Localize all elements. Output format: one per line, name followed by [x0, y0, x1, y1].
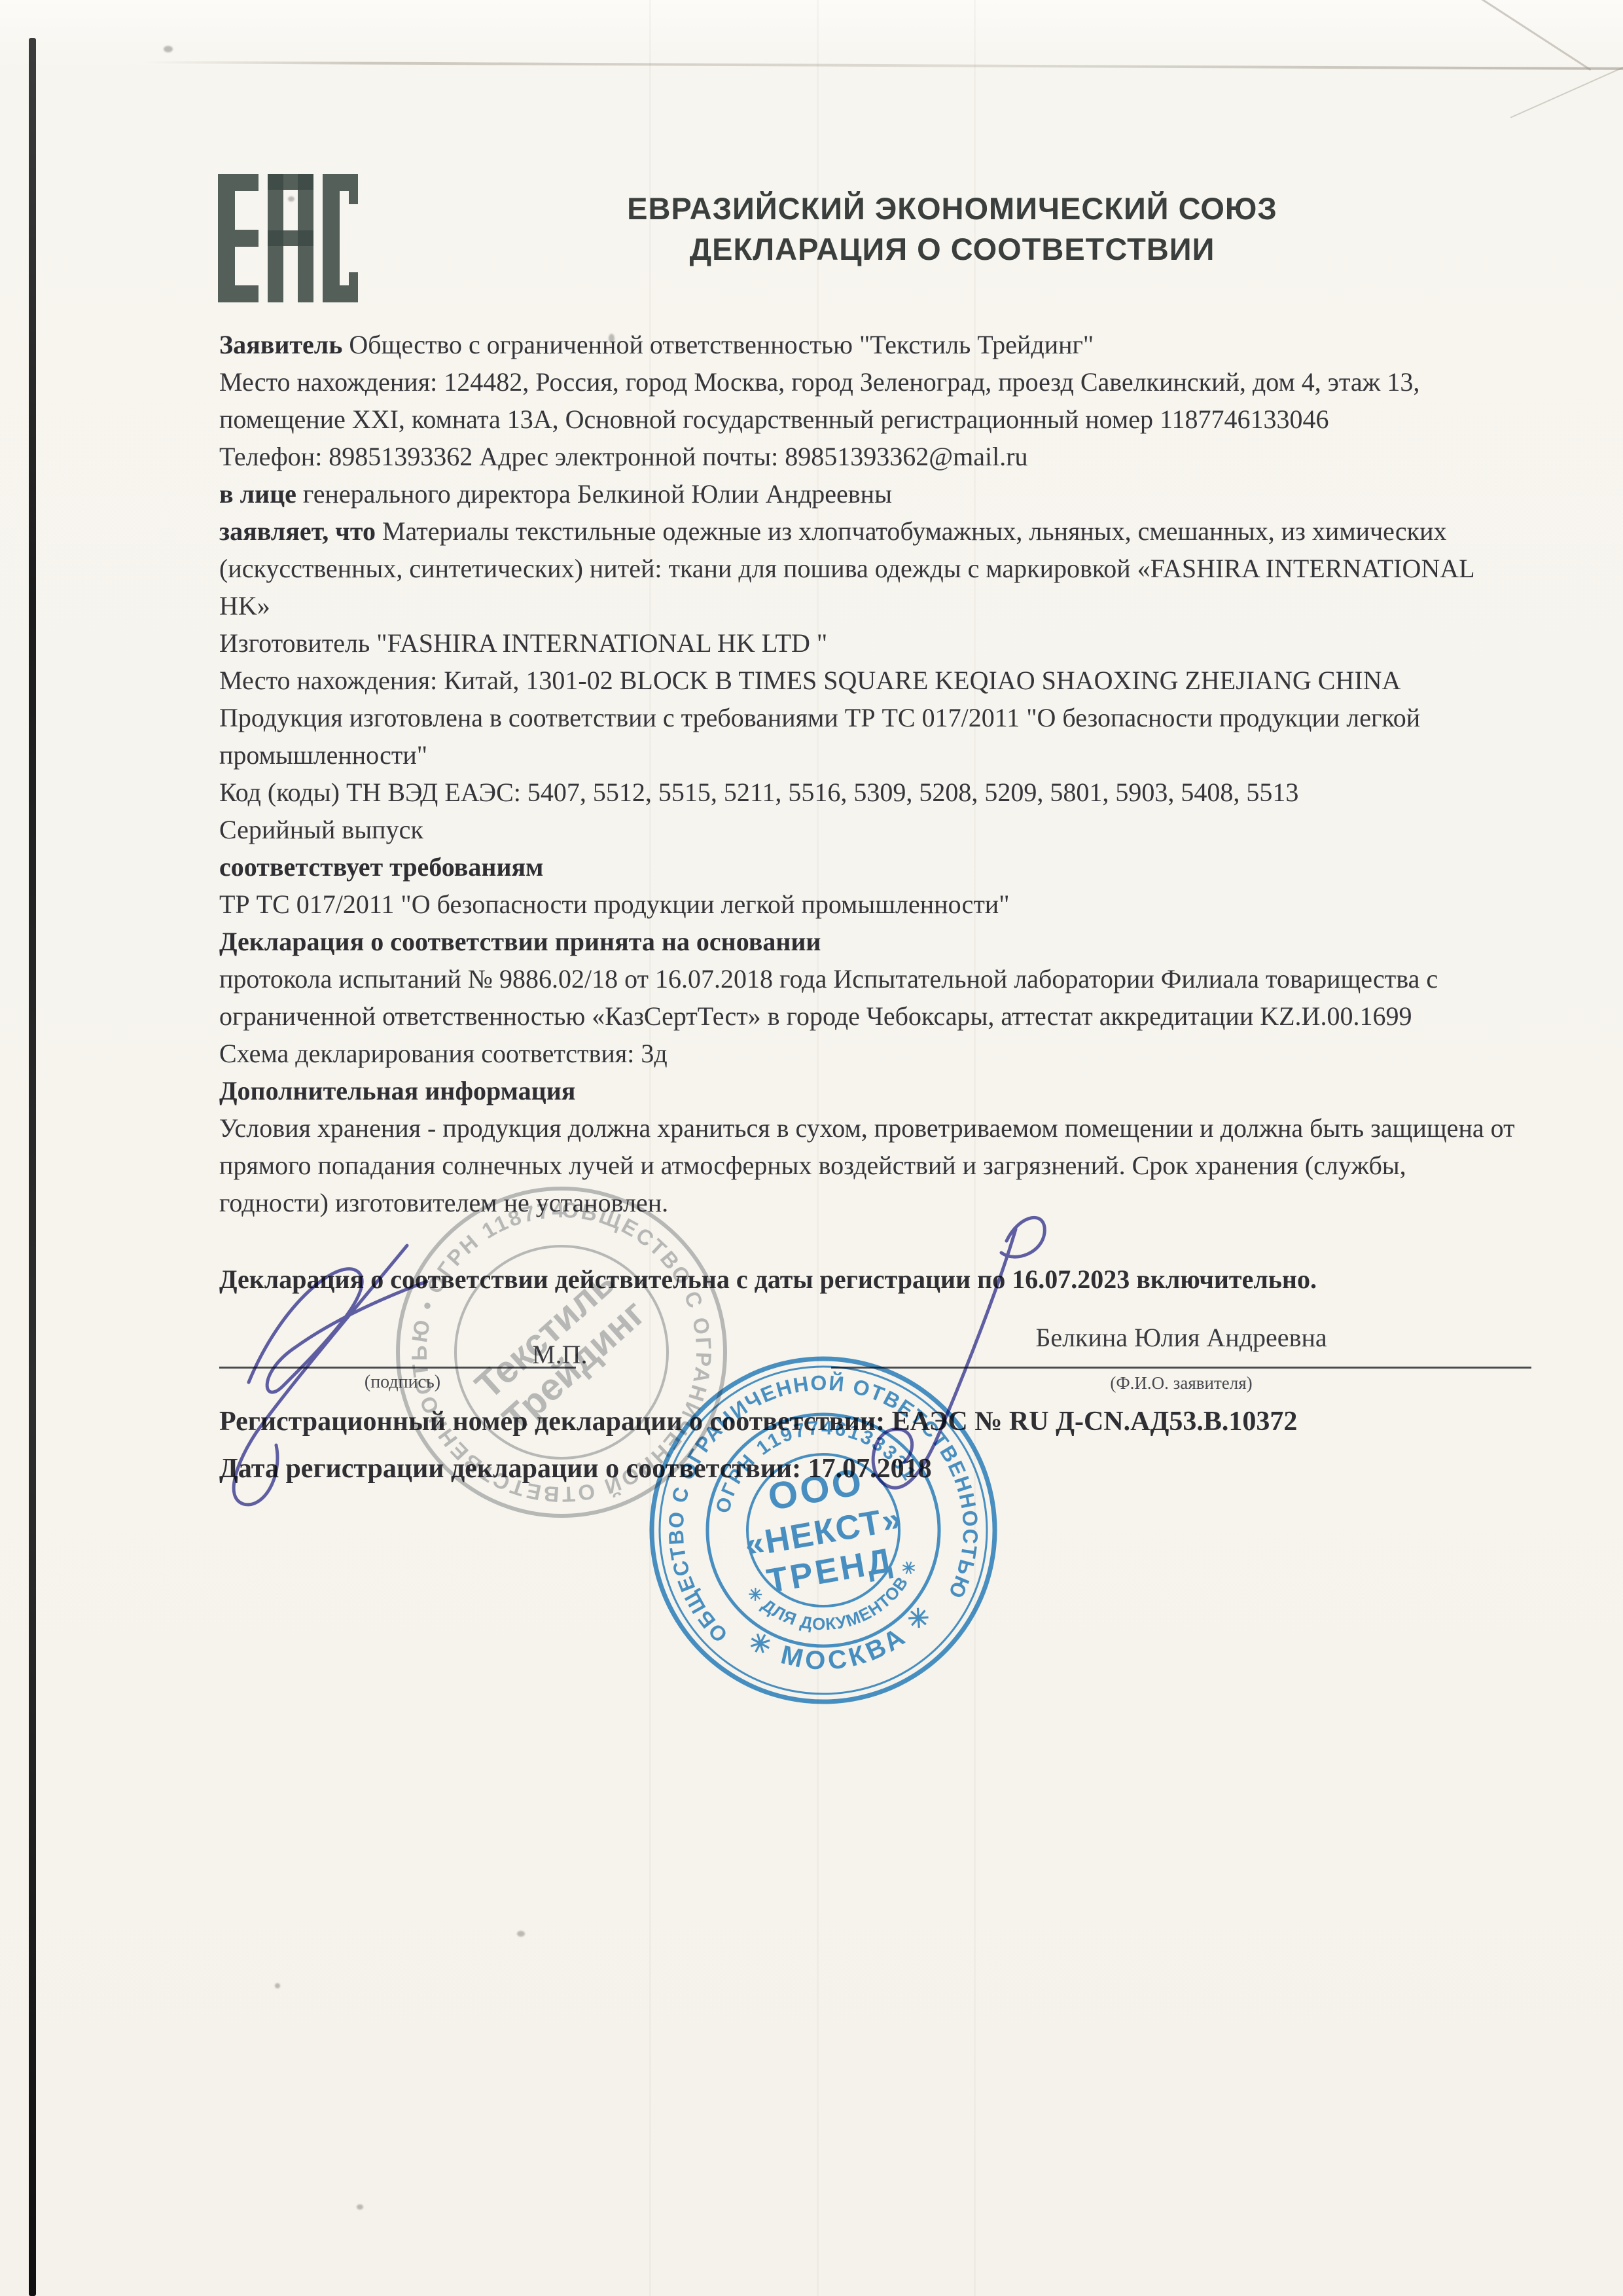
scanned-declaration-page: ЕВРАЗИЙСКИЙ ЭКОНОМИЧЕСКИЙ СОЮЗ ДЕКЛАРАЦИ…: [0, 0, 1623, 2296]
signature-stroke-center: [873, 1229, 1016, 1488]
handwritten-signatures: [0, 0, 1623, 2296]
signature-stroke-left-tail: [234, 1246, 407, 1505]
